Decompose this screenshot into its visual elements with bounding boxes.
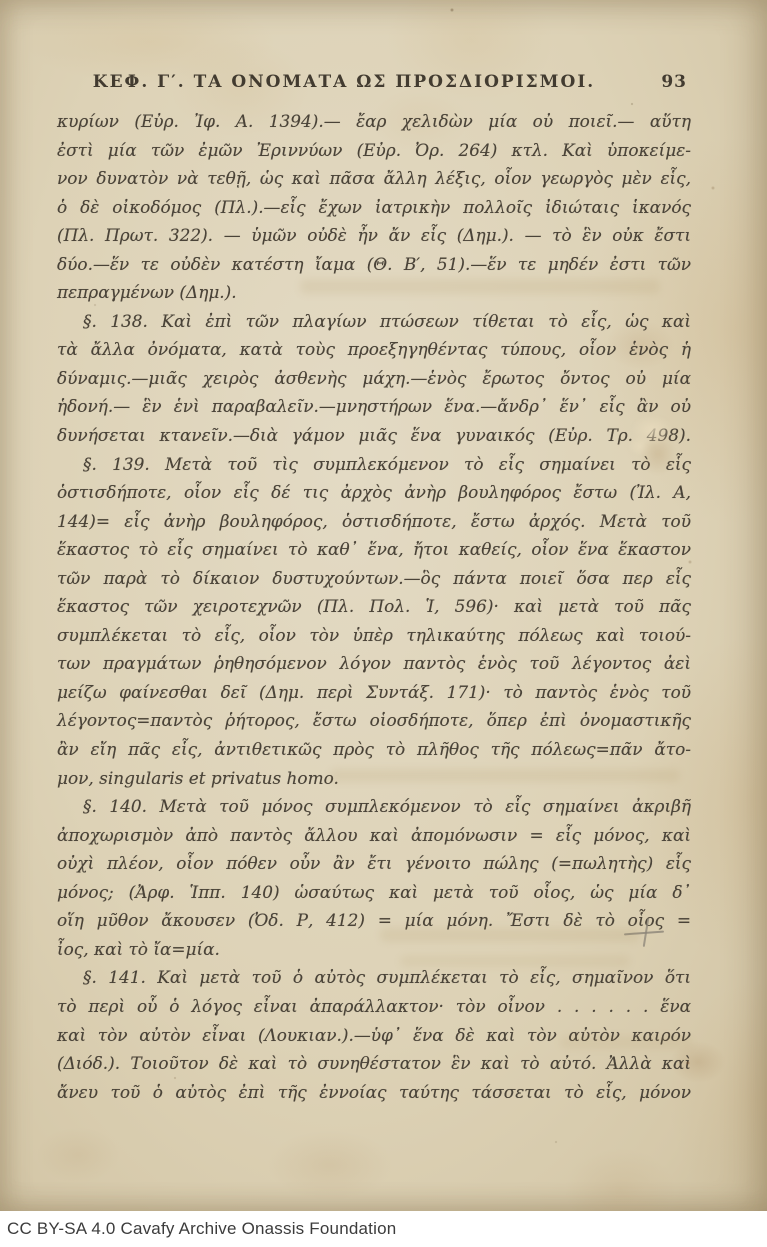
text-line: οἵη μῦθον ἄκουσεν (Ὀδ. Ρ, 412) = μία μόν… [57, 906, 691, 935]
text-line: §. 139. Μετὰ τοῦ τὶς συμπλεκόμενον τὸ εἷ… [57, 450, 691, 479]
text-line: καὶ τὸν αὐτὸν εἶναι (Λουκιαν.).—ὑφ᾽ ἕνα … [57, 1021, 691, 1050]
text-line: ἶος, καὶ τὸ ἴα=μία. [57, 935, 691, 964]
text-line: τὸ περὶ οὗ ὁ λόγος εἶναι ἀπαράλλακτον· τ… [57, 992, 691, 1021]
text-line: μόνος; (Ἀρφ. Ἱππ. 140) ὡσαύτως καὶ μετὰ … [57, 878, 691, 907]
text-line: μον, singularis et privatus homo. [57, 764, 691, 793]
text-line: §. 141. Καὶ μετὰ τοῦ ὁ αὐτὸς συμπλέκεται… [57, 963, 691, 992]
text-line: των πραγμάτων ῥηθησόμενον λόγον παντὸς ἑ… [57, 649, 691, 678]
text-line: §. 138. Καὶ ἐπὶ τῶν πλαγίων πτώσεων τίθε… [57, 307, 691, 336]
text-line: §. 140. Μετὰ τοῦ μόνος συμπλεκόμενον τὸ … [57, 792, 691, 821]
license-text: CC BY-SA 4.0 Cavafy Archive Onassis Foun… [0, 1211, 767, 1247]
license-bar: CC BY-SA 4.0 Cavafy Archive Onassis Foun… [0, 1211, 767, 1247]
text-line: ὁ δὲ οἰκοδόμος (Πλ.).—εἷς ἔχων ἰατρικὴν … [57, 193, 691, 222]
body-text: κυρίων (Εὐρ. Ἰφ. Α. 1394).— ἔαρ χελιδὼν … [57, 107, 691, 1106]
text-line: δύναμις.—μιᾶς χειρὸς ἀσθενὴς μάχη.—ἑνὸς … [57, 364, 691, 393]
text-line: ἡδονή.— ἓν ἑνὶ παραβαλεῖν.—μνηστήρων ἕνα… [57, 392, 691, 421]
text-line: οὐχὶ πλέον, οἷον πόθεν οὖν ἂν ἔτι γένοιτ… [57, 849, 691, 878]
text-line: 144)= εἷς ἀνὴρ βουληφόρος, ὁστισδήποτε, … [57, 507, 691, 536]
text-line: δύο.—ἕν τε οὐδὲν κατέστη ἴαμα (Θ. Β′, 51… [57, 250, 691, 279]
text-line: ἕκαστος τὸ εἷς σημαίνει τὸ καθ᾽ ἕνα, ἤτο… [57, 535, 691, 564]
chapter-heading: ΚΕΦ. Γ′. ΤΑ ΟΝΟΜΑΤΑ ΩΣ ΠΡΟΣΔΙΟΡΙΣΜΟΙ. [57, 72, 631, 92]
text-line: τὰ ἄλλα ὀνόματα, κατὰ τοὺς προεξηγηθέντα… [57, 335, 691, 364]
book-page-scan: ΚΕΦ. Γ′. ΤΑ ΟΝΟΜΑΤΑ ΩΣ ΠΡΟΣΔΙΟΡΙΣΜΟΙ. 93… [0, 0, 767, 1211]
page-header: ΚΕΦ. Γ′. ΤΑ ΟΝΟΜΑΤΑ ΩΣ ΠΡΟΣΔΙΟΡΙΣΜΟΙ. 93 [57, 72, 691, 98]
text-line: μείζω φαίνεσθαι δεῖ (Δημ. περὶ Συντάξ. 1… [57, 678, 691, 707]
text-line: τῶν παρὰ τὸ δίκαιον δυστυχούντων.—ὃς πάν… [57, 564, 691, 593]
text-line: νον δυνατὸν νὰ τεθῇ, ὡς καὶ πᾶσα ἄλλη λέ… [57, 164, 691, 193]
text-line: ἕκαστος τῶν χειροτεχνῶν (Πλ. Πολ. Ἱ, 596… [57, 592, 691, 621]
text-line: ἀποχωρισμὸν ἀπὸ παντὸς ἄλλου καὶ ἀπομόνω… [57, 821, 691, 850]
text-line: (Διόδ.). Τοιοῦτον δὲ καὶ τὸ συνηθέστατον… [57, 1049, 691, 1078]
text-line: ἄνευ τοῦ ὁ αὐτὸς ἐπὶ τῆς ἐννοίας ταύτης … [57, 1078, 691, 1107]
text-line: ἐστὶ μία τῶν ἐμῶν Ἐριννύων (Εὐρ. Ὀρ. 264… [57, 136, 691, 165]
text-line: (Πλ. Πρωτ. 322). — ὑμῶν οὐδὲ ἦν ἄν εἷς (… [57, 221, 691, 250]
page-number: 93 [661, 72, 687, 92]
text-line: δυνήσεται κτανεῖν.—διὰ γάμον μιᾶς ἕνα γυ… [57, 421, 691, 450]
text-line: κυρίων (Εὐρ. Ἰφ. Α. 1394).— ἔαρ χελιδὼν … [57, 107, 691, 136]
text-line: συμπλέκεται τὸ εἷς, οἷον τὸν ὑπὲρ τηλικα… [57, 621, 691, 650]
text-line: πεπραγμένων (Δημ.). [57, 278, 691, 307]
text-line: ἂν εἴη πᾶς εἷς, ἀντιθετικῶς πρὸς τὸ πλῆθ… [57, 735, 691, 764]
text-line: ὁστισδήποτε, οἷον εἷς δέ τις ἀρχὸς ἀνὴρ … [57, 478, 691, 507]
text-line: λέγοντος=παντὸς ῥήτορος, ἔστω οἱοσδήποτε… [57, 706, 691, 735]
